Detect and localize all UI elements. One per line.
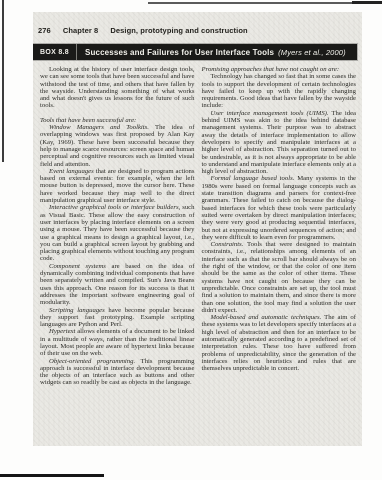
box-title: Successes and Failures for User Interfac… [77, 48, 346, 57]
scan-edge-bottom-line [0, 474, 104, 477]
para-text: Technology has changed so fast that in s… [202, 73, 357, 109]
paragraph: Technology has changed so fast that in s… [202, 73, 357, 109]
para-text: such as Visual Basic. These allow the ea… [40, 204, 195, 262]
left-column: Looking at the history of user interface… [40, 66, 195, 387]
paragraph: Window Managers and Toolkits. The idea o… [40, 124, 195, 168]
para-lead: User interface management tools (UIMS). [211, 110, 329, 117]
paragraph: Model-based and automatic techniques. Th… [202, 314, 357, 372]
paragraph: Looking at the history of user interface… [40, 66, 195, 110]
para-lead: Component systems [49, 263, 106, 270]
paragraph: Tools that have been successful are: [40, 117, 195, 124]
para-text: Looking at the history of user interface… [40, 66, 195, 109]
scan-edge-left-line [2, 0, 4, 162]
chapter-title: Design, prototyping and construction [110, 26, 247, 35]
para-lead: Formal language based tools. [211, 175, 295, 182]
para-lead: Window Managers and Toolkits. [49, 124, 149, 131]
para-text: Promising approaches that have not caugh… [202, 66, 340, 73]
paragraph: Component systems are based on the idea … [40, 263, 195, 307]
para-lead: Scripting languages [49, 307, 105, 314]
para-lead: Object-oriented programming. [49, 358, 135, 365]
chapter-label: Chapter 8 [63, 26, 99, 35]
para-text: The idea behind UIMS was akin to the ide… [202, 110, 357, 175]
box-header-bar: BOX 8.8 Successes and Failures for User … [33, 44, 357, 60]
para-text: Many systems in the 1980s were based on … [202, 175, 357, 240]
scan-edge-top-right [352, 1, 382, 4]
scan-edge-top-line [148, 2, 382, 4]
para-text: are based on the idea of dynamically com… [40, 263, 195, 306]
para-lead: Hypertext [49, 328, 75, 335]
para-lead: Model-based and automatic techniques. [211, 314, 322, 321]
para-lead: Constraints. [211, 241, 244, 248]
box-body: Looking at the history of user interface… [33, 60, 362, 387]
paragraph: Interactive graphical tools or interface… [40, 204, 195, 262]
paragraph: User interface management tools (UIMS). … [202, 110, 357, 176]
paragraph: Promising approaches that have not caugh… [202, 66, 357, 73]
scanned-book-page: { "page_header": { "page_number": "276",… [0, 0, 382, 480]
right-column: Promising approaches that have not caugh… [202, 66, 357, 387]
para-lead: Event languages [49, 168, 94, 175]
paragraph: Formal language based tools. Many system… [202, 175, 357, 241]
paragraph: Event languages that are designed to pro… [40, 168, 195, 204]
scanned-page-area: 276 Chapter 8 Design, prototyping and co… [33, 12, 362, 446]
page-number: 276 [38, 26, 51, 35]
paragraph: Constraints. Tools that were designed to… [202, 241, 357, 314]
para-text: Tools that were designed to maintain con… [202, 241, 357, 314]
box-label: BOX 8.8 [33, 44, 77, 60]
box-title-text: Successes and Failures for User Interfac… [85, 48, 274, 57]
paragraph: Object-oriented programming. This progra… [40, 358, 195, 387]
running-head: 276 Chapter 8 Design, prototyping and co… [38, 26, 362, 35]
para-lead: Interactive graphical tools or interface… [49, 204, 180, 211]
paragraph: Hypertext allows elements of a document … [40, 328, 195, 357]
para-text: The aim of these systems was to let deve… [202, 314, 357, 372]
paragraph: Scripting languages have become popular … [40, 307, 195, 329]
para-text: The idea of overlapping windows was firs… [40, 124, 195, 167]
para-text: Tools that have been successful are: [40, 117, 136, 124]
box-citation: (Myers et al., 2000) [274, 48, 346, 57]
